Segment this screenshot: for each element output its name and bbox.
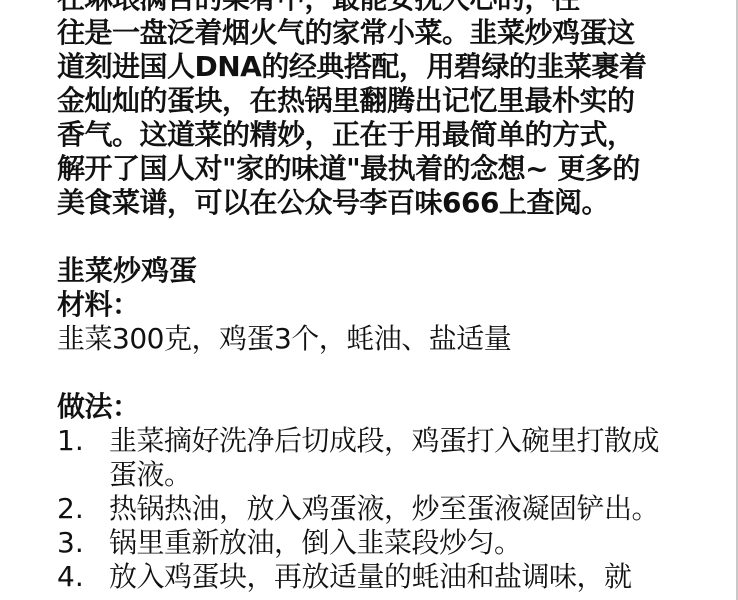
step-item: 2. 热锅热油，放入鸡蛋液，炒至蛋液凝固铲出。 <box>57 492 697 526</box>
step-item: 1. 韭菜摘好洗净后切成段，鸡蛋打入碗里打散成蛋液。 <box>57 424 697 492</box>
intro-line: 金灿灿的蛋块，在热锅里翻腾出记忆里最朴实的 <box>57 84 697 118</box>
recipe-title: 韭菜炒鸡蛋 <box>57 254 697 288</box>
step-text: 韭菜摘好洗净后切成段，鸡蛋打入碗里打散成蛋液。 <box>109 424 679 492</box>
spacer <box>57 220 697 254</box>
step-number: 1. <box>57 424 109 492</box>
steps-list: 1. 韭菜摘好洗净后切成段，鸡蛋打入碗里打散成蛋液。 2. 热锅热油，放入鸡蛋液… <box>57 424 697 594</box>
step-number: 2. <box>57 492 109 526</box>
method-label: 做法： <box>57 390 697 424</box>
intro-line: 解开了国人对"家的味道"最执着的念想~ 更多的 <box>57 152 697 186</box>
spacer <box>57 356 697 390</box>
intro-line: 往是一盘泛着烟火气的家常小菜。韭菜炒鸡蛋这 <box>57 16 697 50</box>
intro-paragraph: 在琳琅满目的菜肴中，最能安抚人心的，往 往是一盘泛着烟火气的家常小菜。韭菜炒鸡蛋… <box>57 0 697 220</box>
step-number: 3. <box>57 526 109 560</box>
intro-line: 在琳琅满目的菜肴中，最能安抚人心的，往 <box>57 0 697 16</box>
step-item: 4. 放入鸡蛋块，再放适量的蚝油和盐调味，就 <box>57 560 697 594</box>
step-text: 热锅热油，放入鸡蛋液，炒至蛋液凝固铲出。 <box>109 492 679 526</box>
step-item: 3. 锅里重新放油，倒入韭菜段炒匀。 <box>57 526 697 560</box>
intro-line: 美食菜谱，可以在公众号李百味666上查阅。 <box>57 186 697 220</box>
ingredients-label: 材料： <box>57 288 697 322</box>
step-text: 放入鸡蛋块，再放适量的蚝油和盐调味，就 <box>109 560 679 594</box>
document-page: 在琳琅满目的菜肴中，最能安抚人心的，往 往是一盘泛着烟火气的家常小菜。韭菜炒鸡蛋… <box>0 0 736 600</box>
step-number: 4. <box>57 560 109 594</box>
ingredients-text: 韭菜300克，鸡蛋3个，蚝油、盐适量 <box>57 322 697 356</box>
intro-line: 香气。这道菜的精妙，正在于用最简单的方式， <box>57 118 697 152</box>
document-content: 在琳琅满目的菜肴中，最能安抚人心的，往 往是一盘泛着烟火气的家常小菜。韭菜炒鸡蛋… <box>57 0 697 594</box>
step-text: 锅里重新放油，倒入韭菜段炒匀。 <box>109 526 679 560</box>
intro-line: 道刻进国人DNA的经典搭配，用碧绿的韭菜裹着 <box>57 50 697 84</box>
